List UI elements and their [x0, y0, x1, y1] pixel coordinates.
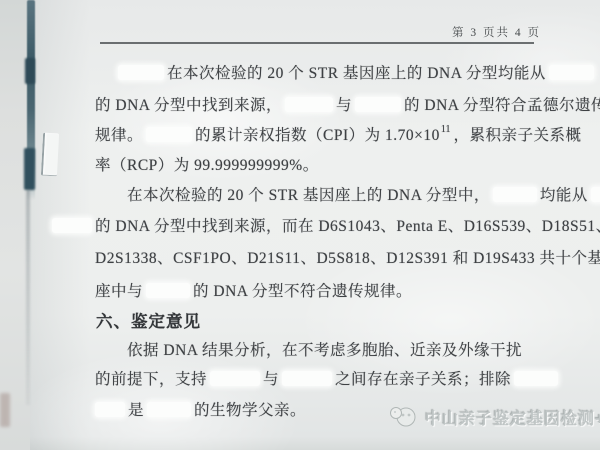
- text-run: 与: [263, 367, 279, 389]
- text-run: 均能从: [540, 183, 588, 205]
- redaction-blob: [147, 402, 191, 417]
- document-line: D2S1338、CSF1PO、D21S11、D5S818、D12S391 和 D…: [95, 248, 600, 266]
- scanned-report-page: 第 3 页共 4 页 在本次检验的 20 个 STR 基因座上的 DNA 分型均…: [0, 0, 600, 450]
- redaction-blob: [591, 187, 600, 202]
- text-run: 依据 DNA 结果分析，在不考虑多胞胎、近亲及外缘干扰: [127, 338, 522, 360]
- redaction-blob: [514, 371, 558, 386]
- redaction-blob: [52, 218, 92, 233]
- text-run: 的 DNA 分型符合孟德尔遗传: [404, 93, 600, 115]
- watermark-text: 中山亲子鉴定基因检测+: [425, 406, 600, 429]
- document-line: 的 DNA 分型中找到来源，与的 DNA 分型符合孟德尔遗传: [95, 95, 600, 113]
- document-line: 的 DNA 分型中找到来源，而在 D6S1043、Penta E、D16S539…: [52, 216, 600, 234]
- text-run: 座中与: [95, 279, 143, 301]
- edge-smudge: [0, 393, 10, 427]
- document-line: 率（RCP）为 99.999999999%。: [95, 155, 319, 173]
- redaction-blob: [146, 283, 190, 298]
- redaction-blob: [355, 97, 401, 112]
- text-run: D2S1338、CSF1PO、D21S11、D5S818、D12S391 和 D…: [95, 246, 600, 268]
- document-line: 依据 DNA 结果分析，在不考虑多胞胎、近亲及外缘干扰: [127, 340, 522, 358]
- document-line: 在本次检验的 20 个 STR 基因座上的 DNA 分型中，均能从: [127, 185, 600, 203]
- redaction-blob: [95, 402, 125, 417]
- watermark: 中山亲子鉴定基因检测+: [388, 404, 600, 430]
- header-rule-line: [100, 42, 534, 44]
- text-run: 在本次检验的 20 个 STR 基因座上的 DNA 分型均能从: [167, 61, 546, 83]
- text-run: 与: [336, 93, 352, 115]
- redaction-blob: [549, 65, 594, 80]
- text-run: 在本次检验的 20 个 STR 基因座上的 DNA 分型中，: [127, 183, 490, 205]
- document-line: 座中与的 DNA 分型不符合遗传规律。: [95, 281, 412, 299]
- redaction-blob: [118, 65, 164, 80]
- document-line: 是的生物学父亲。: [95, 400, 306, 418]
- paper-tear-artifact: [41, 133, 59, 177]
- document-line: 在本次检验的 20 个 STR 基因座上的 DNA 分型均能从: [118, 63, 594, 81]
- redaction-blob: [493, 187, 537, 202]
- text-run: 是: [128, 398, 144, 420]
- watermark-logo-icon: [388, 404, 418, 430]
- text-run: 的 DNA 分型中找到来源，而在 D6S1043、Penta E、D16S539…: [95, 214, 600, 236]
- spine-shadow-tail: [26, 190, 30, 405]
- text-run: ，累积亲子关系概: [454, 123, 582, 145]
- text-run: 11: [441, 124, 451, 135]
- page-number-header: 第 3 页共 4 页: [452, 24, 541, 40]
- text-run: 的生物学父亲。: [194, 398, 306, 420]
- text-run: 的 DNA 分型不符合遗传规律。: [193, 279, 412, 301]
- redaction-blob: [210, 371, 260, 386]
- text-run: 的累计亲权指数（CPI）为 1.70×10: [195, 123, 440, 145]
- redaction-blob: [285, 97, 333, 112]
- text-run: 率（RCP）为 99.999999999%。: [95, 153, 319, 175]
- document-line: 规律。的累计亲权指数（CPI）为 1.70×1011，累积亲子关系概: [95, 125, 582, 143]
- spine-dark-nick: [24, 148, 35, 190]
- redaction-blob: [146, 127, 192, 142]
- text-run: 的 DNA 分型中找到来源，: [95, 93, 282, 115]
- redaction-blob: [282, 371, 332, 386]
- text-run: 的前提下，支持: [95, 367, 207, 389]
- section-heading: 六、鉴定意见: [96, 311, 201, 329]
- text-run: 规律。: [95, 123, 143, 145]
- text-run: 六、鉴定意见: [96, 308, 201, 332]
- text-run: 之间存在亲子关系；排除: [335, 367, 511, 389]
- spine-dark-nick: [25, 58, 35, 84]
- document-line: 的前提下，支持与之间存在亲子关系；排除: [95, 369, 558, 387]
